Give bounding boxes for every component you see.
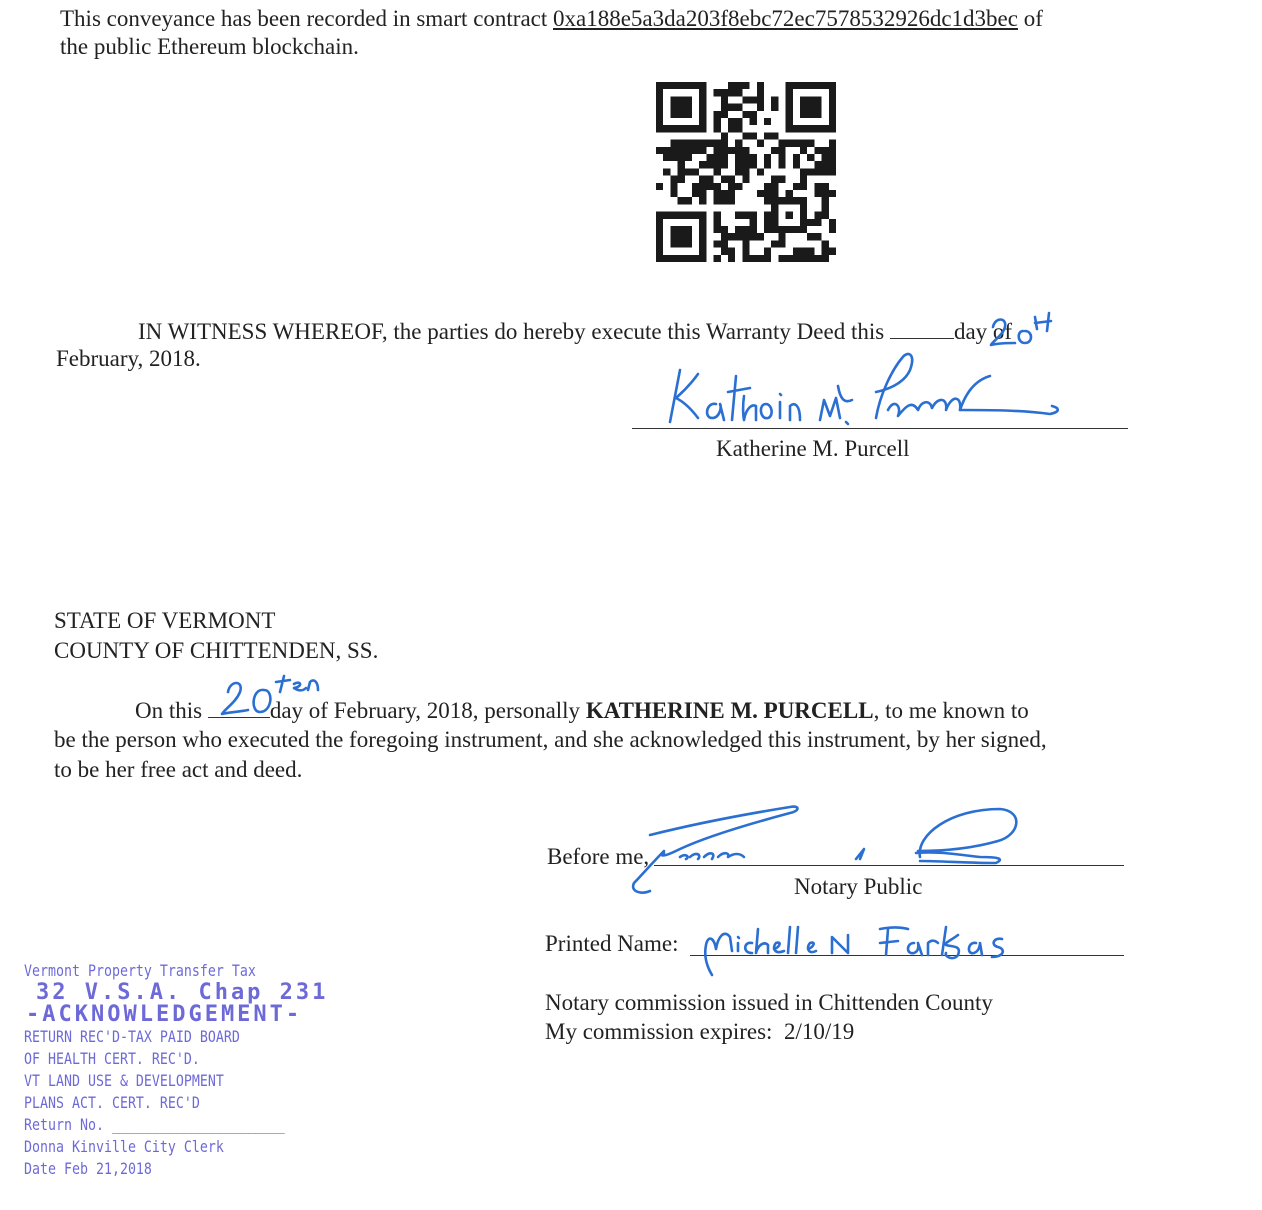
contract-address-link[interactable]: 0xa188e5a3da203f8ebc72ec7578532926dc1d3b… bbox=[553, 6, 1018, 31]
printed-name-handwritten bbox=[690, 915, 1030, 985]
stamp-line-plans: PLANS ACT. CERT. REC'D bbox=[24, 1092, 284, 1114]
signer-signature-line bbox=[632, 428, 1128, 429]
commission-expires-value: 2/10/19 bbox=[784, 1019, 854, 1044]
return-no-blank: ________________________ bbox=[112, 1115, 284, 1134]
commission-expires: My commission expires: 2/10/19 bbox=[545, 1017, 854, 1047]
stamp-line-statute: 32 V.S.A. Chap 231 bbox=[24, 982, 337, 1004]
acknowledgment-line-2: be the person who executed the foregoing… bbox=[54, 725, 1047, 755]
recording-line-1: This conveyance has been recorded in sma… bbox=[60, 4, 1043, 34]
stamp-line-return: RETURN REC'D-TAX PAID BOARD bbox=[24, 1026, 284, 1048]
county-heading: COUNTY OF CHITTENDEN, SS. bbox=[54, 636, 378, 666]
qr-code bbox=[656, 82, 836, 262]
stamp-line-acknowledgement: -ACKNOWLEDGEMENT- bbox=[24, 1004, 337, 1026]
acknowledgment-line-3: to be her free act and deed. bbox=[54, 755, 302, 785]
stamp-line-health: OF HEALTH CERT. REC'D. bbox=[24, 1048, 284, 1070]
recording-suffix: of bbox=[1018, 6, 1043, 31]
state-heading: STATE OF VERMONT bbox=[54, 606, 275, 636]
stamp-line-clerk: Donna Kinville City Clerk bbox=[24, 1136, 284, 1158]
day-blank bbox=[890, 316, 954, 339]
recording-line-2: the public Ethereum blockchain. bbox=[60, 32, 359, 62]
commission-issued: Notary commission issued in Chittenden C… bbox=[545, 988, 993, 1018]
signer-name: Katherine M. Purcell bbox=[716, 434, 910, 464]
notary-public-title: Notary Public bbox=[794, 872, 922, 902]
ack-prefix: On this bbox=[135, 698, 202, 723]
printed-name-label: Printed Name: bbox=[545, 929, 679, 959]
commission-expires-label: My commission expires: bbox=[545, 1019, 772, 1044]
return-no-label: Return No. bbox=[24, 1115, 104, 1134]
stamp-line-return-no: Return No. ________________________ bbox=[24, 1114, 284, 1136]
witness-line-2: February, 2018. bbox=[56, 344, 201, 374]
ack-suffix: , to me known to bbox=[874, 698, 1029, 723]
handwritten-day-20ten bbox=[214, 670, 324, 720]
signer-signature bbox=[640, 340, 1080, 430]
stamp-line-land-use: VT LAND USE & DEVELOPMENT bbox=[24, 1070, 284, 1092]
stamp-line-title: Vermont Property Transfer Tax bbox=[24, 960, 284, 982]
transfer-tax-stamp: Vermont Property Transfer Tax 32 V.S.A. … bbox=[24, 960, 337, 1180]
recording-prefix: This conveyance has been recorded in sma… bbox=[60, 6, 553, 31]
ack-person-name: KATHERINE M. PURCELL bbox=[586, 698, 874, 723]
stamp-line-date: Date Feb 21,2018 bbox=[24, 1158, 284, 1180]
